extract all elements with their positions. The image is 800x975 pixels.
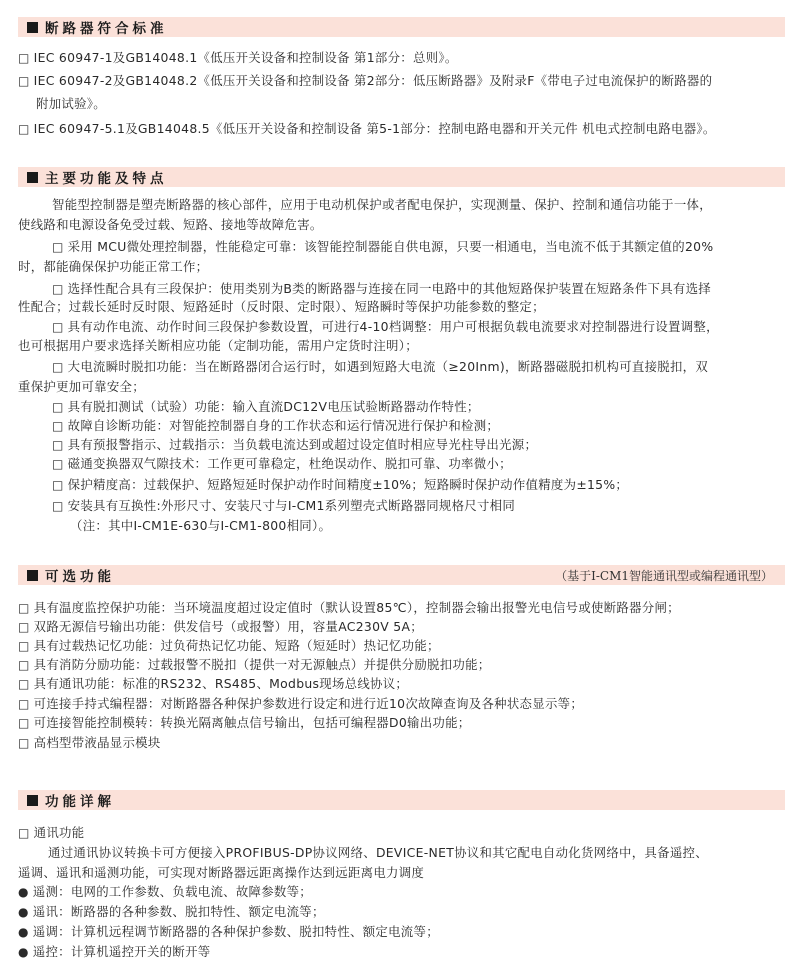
standard-item: IEC 60947-5.1及GB14048.5《低压开关设备和控制设备 第5-1… xyxy=(18,120,716,138)
detail-heading: 通讯功能 xyxy=(18,824,84,842)
standard-item: IEC 60947-2及GB14048.2《低压开关设备和控制设备 第2部分：低… xyxy=(18,72,712,90)
feature-item: 具有动作电流、动作时间三段保护参数设置，可进行4-10档调整：用户可根据负载电流… xyxy=(52,318,719,336)
feature-item: 大电流瞬时脱扣功能：当在断路器闭合运行时，如遇到短路大电流（≥20Inm)，断路… xyxy=(52,358,708,376)
feature-note: （注：其中I-CM1E-630与I-CM1-800相同）。 xyxy=(70,517,331,535)
standard-item-continued: 附加试验》。 xyxy=(36,95,106,113)
optional-item: 具有过载热记忆功能：过负荷热记忆功能、短路（短延时）热记忆功能； xyxy=(18,637,440,655)
optional-item: 具有温度监控保护功能：当环境温度超过设定值时（默认设置85℃），控制器会输出报警… xyxy=(18,599,680,617)
optional-item: 高档型带液晶显示模块 xyxy=(18,734,161,752)
square-bullet-icon xyxy=(27,795,38,806)
feature-item-continued: 时，都能确保保护功能正常工作； xyxy=(18,258,208,276)
square-bullet-icon xyxy=(27,570,38,581)
detail-bullet: 遥测：电网的工作参数、负载电流、故障参数等； xyxy=(18,883,312,901)
optional-item: 可连接智能控制模转：转换光隔离触点信号输出，包括可编程器D0输出功能； xyxy=(18,714,470,732)
optional-item: 可连接手持式编程器：对断路器各种保护参数进行设定和进行近10次故障查询及各种状态… xyxy=(18,695,583,713)
detail-bullet: 遥控：计算机遥控开关的断开等 xyxy=(18,943,210,961)
section-title: 可选功能 xyxy=(45,565,115,585)
section-title: 断路器符合标准 xyxy=(45,17,168,37)
feature-item-continued: 性配合；过载长延时反时限、短路延时（反时限、定时限）、短路瞬时等保护功能参数的整… xyxy=(18,298,545,316)
feature-item: 具有脱扣测试（试验）功能：输入直流DC12V电压试验断路器动作特性； xyxy=(52,398,480,416)
optional-item: 具有通讯功能：标准的RS232、RS485、Modbus现场总线协议； xyxy=(18,675,408,693)
feature-item: 故障自诊断功能：对智能控制器自身的工作状态和运行情况进行保护和检测； xyxy=(52,417,499,435)
square-bullet-icon xyxy=(27,172,38,183)
detail-paragraph-continued: 遥调、遥讯和遥测功能，可实现对断路器远距离操作达到远距离电力调度 xyxy=(18,864,424,882)
standard-item: IEC 60947-1及GB14048.1《低压开关设备和控制设备 第1部分：总… xyxy=(18,49,458,67)
feature-item: 保护精度高：过载保护、短路短延时保护动作时间精度±10%；短路瞬时保护动作值精度… xyxy=(52,476,628,494)
intro-paragraph: 智能型控制器是塑壳断路器的核心部件，应用于电动机保护或者配电保护，实现测量、保护… xyxy=(52,196,712,214)
feature-item-continued: 重保护更加可靠安全； xyxy=(18,378,145,396)
feature-item: 具有预报警指示、过载指示：当负载电流达到或超过设定值时相应导光柱导出光源； xyxy=(52,436,537,454)
detail-bullet: 遥调：计算机远程调节断路器的各种保护参数、脱扣特性、额定电流等； xyxy=(18,923,439,941)
feature-item-continued: 也可根据用户要求选择关断相应功能（定制功能，需用户定货时注明）； xyxy=(18,337,418,355)
section-header-main-features: 主要功能及特点 xyxy=(18,167,785,187)
section-header-standards: 断路器符合标准 xyxy=(18,17,785,37)
feature-item: 磁通变换器双气隙技术：工作更可靠稳定，杜绝误动作、脱扣可靠、功率微小； xyxy=(52,455,512,473)
feature-item: 选择性配合具有三段保护：使用类别为B类的断路器与连接在同一电路中的其他短路保护装… xyxy=(52,280,711,298)
feature-item: 安装具有互换性:外形尺寸、安装尺寸与I-CM1系列塑壳式断路器同规格尺寸相同 xyxy=(52,497,515,515)
optional-item: 具有消防分励功能：过载报警不脱扣（提供一对无源触点）并提供分励脱扣功能； xyxy=(18,656,491,674)
square-bullet-icon xyxy=(27,22,38,33)
section-header-optional-features: 可选功能 （基于I-CM1智能通讯型或编程通讯型） xyxy=(18,565,785,585)
optional-item: 双路无源信号输出功能：供发信号（或报警）用，容量AC230V 5A； xyxy=(18,618,423,636)
intro-paragraph-continued: 使线路和电源设备免受过载、短路、接地等故障危害。 xyxy=(18,216,323,234)
section-note: （基于I-CM1智能通讯型或编程通讯型） xyxy=(555,567,773,584)
detail-bullet: 遥讯：断路器的各种参数、脱扣特性、额定电流等； xyxy=(18,903,325,921)
section-header-function-details: 功能详解 xyxy=(18,790,785,810)
section-title: 主要功能及特点 xyxy=(45,167,168,187)
section-title: 功能详解 xyxy=(45,790,115,810)
feature-item: 采用 MCU微处理控制器，性能稳定可靠：该智能控制器能自供电源，只要一相通电，当… xyxy=(52,238,713,256)
detail-paragraph: 通过通讯协议转换卡可方便接入PROFIBUS-DP协议网络、DEVICE-NET… xyxy=(48,844,708,862)
